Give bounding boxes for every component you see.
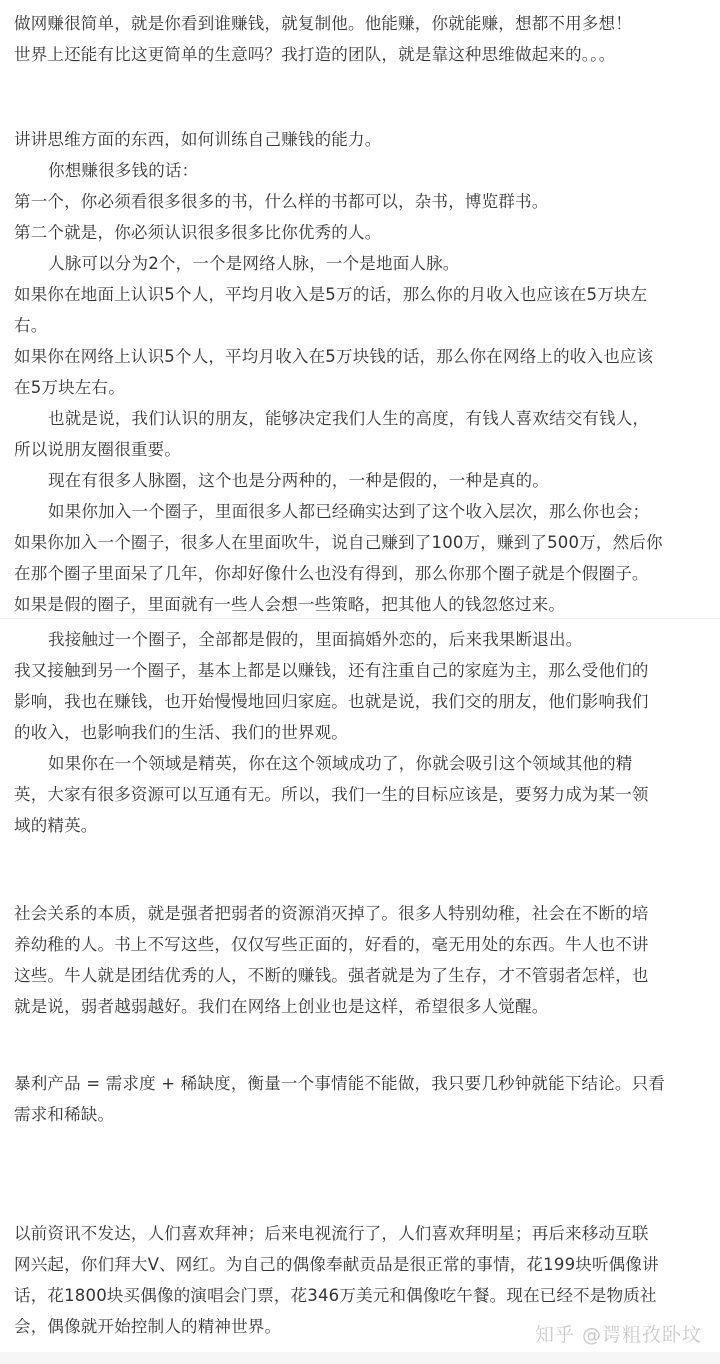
text-line: 需求和稀缺。 (14, 1099, 710, 1130)
text-line: 如果你在地面上认识5个人，平均月收入是5万的话，那么你的月收入也应该在5万块左 (14, 279, 710, 310)
text-line: 人脉可以分为2个，一个是网络人脉，一个是地面人脉。 (14, 248, 710, 279)
text-line: 讲讲思维方面的东西，如何训练自己赚钱的能力。 (14, 124, 710, 155)
bottom-band (0, 1352, 720, 1364)
paragraph-intro: 做网赚很简单，就是你看到谁赚钱，就复制他。他能赚，你就能赚，想都不用多想！ 世界… (14, 8, 710, 70)
text-line: 如果是假的圈子，里面就有一些人会想一些策略，把其他人的钱忽悠过来。 (14, 589, 710, 620)
text-line: 这些。牛人就是团结优秀的人，不断的赚钱。强者就是为了生存，才不管弱者怎样，也 (14, 960, 710, 991)
text-line: 在那个圈子里面呆了几年，你却好像什么也没有得到，那么你那个圈子就是个假圈子。 (14, 558, 710, 589)
paragraph-social-relations: 社会关系的本质，就是强者把弱者的资源消灭掉了。很多人特别幼稚，社会在不断的培 养… (14, 898, 710, 1022)
text-line: 养幼稚的人。书上不写这些，仅仅写些正面的，好看的，毫无用处的东西。牛人也不讲 (14, 929, 710, 960)
text-line: 暴利产品 = 需求度 + 稀缺度，衡量一个事情能不能做，我只要几秒钟就能下结论。… (14, 1068, 710, 1099)
text-line: 世界上还能有比这更简单的生意吗？我打造的团队，就是靠这种思维做起来的。。。 (14, 39, 710, 70)
zhihu-watermark: 知乎 @谔粗孜卧坟 (535, 1320, 702, 1347)
text-line: 就是说，弱者越弱越好。我们在网络上创业也是这样，希望很多人觉醒。 (14, 991, 710, 1022)
text-line: 英，大家有很多资源可以互通有无。所以，我们一生的目标应该是，要努力成为某一领 (14, 779, 710, 810)
text-line: 如果你加入一个圈子，里面很多人都已经确实达到了这个收入层次，那么你也会； (14, 496, 710, 527)
text-line: 在5万块左右。 (14, 372, 710, 403)
paragraph-circles: 我接触过一个圈子，全部都是假的，里面搞婚外恋的，后来我果断退出。 我又接触到另一… (14, 624, 710, 841)
text-line: 第一个，你必须看很多很多的书，什么样的书都可以，杂书，博览群书。 (14, 186, 710, 217)
paragraph-thinking: 讲讲思维方面的东西，如何训练自己赚钱的能力。 你想赚很多钱的话： 第一个，你必须… (14, 124, 710, 620)
text-line: 我又接触到另一个圈子，基本上都是以赚钱，还有注重自己的家庭为主，那么受他们的 (14, 655, 710, 686)
text-line: 社会关系的本质，就是强者把弱者的资源消灭掉了。很多人特别幼稚，社会在不断的培 (14, 898, 710, 929)
text-line: 以前资讯不发达，人们喜欢拜神；后来电视流行了，人们喜欢拜明星；再后来移动互联 (14, 1218, 710, 1249)
text-line: 右。 (14, 310, 710, 341)
text-line: 网兴起，你们拜大V、网红。为自己的偶像奉献贡品是很正常的事情，花199块听偶像讲 (14, 1249, 710, 1280)
article-page: 做网赚很简单，就是你看到谁赚钱，就复制他。他能赚，你就能赚，想都不用多想！ 世界… (0, 0, 720, 1364)
text-line: 如果你在一个领域是精英，你在这个领域成功了，你就会吸引这个领域其他的精 (14, 748, 710, 779)
text-line: 你想赚很多钱的话： (14, 155, 710, 186)
section-divider (0, 618, 720, 619)
text-line: 话，花1800块买偶像的演唱会门票，花346万美元和偶像吃午餐。现在已经不是物质… (14, 1280, 710, 1311)
text-line: 做网赚很简单，就是你看到谁赚钱，就复制他。他能赚，你就能赚，想都不用多想！ (14, 8, 710, 39)
text-line: 域的精英。 (14, 810, 710, 841)
text-line: 所以说朋友圈很重要。 (14, 434, 710, 465)
text-line: 也就是说，我们认识的朋友，能够决定我们人生的高度，有钱人喜欢结交有钱人， (14, 403, 710, 434)
text-line: 如果你在网络上认识5个人，平均月收入在5万块钱的话，那么你在网络上的收入也应该 (14, 341, 710, 372)
text-line: 我接触过一个圈子，全部都是假的，里面搞婚外恋的，后来我果断退出。 (14, 624, 710, 655)
text-line: 如果你加入一个圈子，很多人在里面吹牛，说自己赚到了100万，赚到了500万，然后… (14, 527, 710, 558)
text-line: 的收入，也影响我们的生活、我们的世界观。 (14, 717, 710, 748)
paragraph-profit-formula: 暴利产品 = 需求度 + 稀缺度，衡量一个事情能不能做，我只要几秒钟就能下结论。… (14, 1068, 710, 1130)
text-line: 第二个就是，你必须认识很多很多比你优秀的人。 (14, 217, 710, 248)
text-line: 现在有很多人脉圈，这个也是分两种的，一种是假的，一种是真的。 (14, 465, 710, 496)
text-line: 影响，我也在赚钱，也开始慢慢地回归家庭。也就是说，我们交的朋友，他们影响我们 (14, 686, 710, 717)
